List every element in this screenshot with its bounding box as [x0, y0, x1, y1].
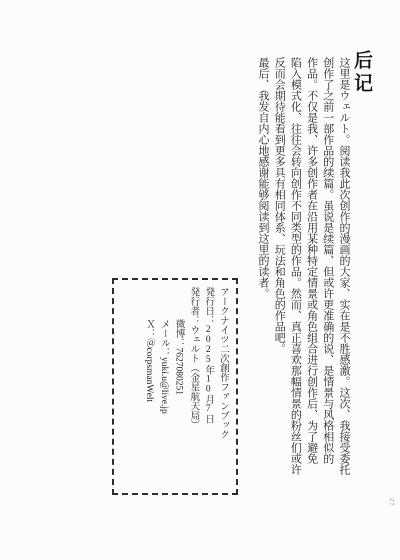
page-number: 27 — [388, 498, 395, 507]
afterword-column-4: 陷入模式化、往往会转向创作不同类型的作品。然而、真正喜欢那幅情景的粉丝们或许 — [287, 57, 303, 481]
colophon-publish-date: 発行日：2025年10月7日 — [200, 287, 215, 486]
afterword-column-1: 这里是ウェルト。阅读我此次创作的漫画的大家、实在是不胜感激。这次、我接受委托 — [336, 57, 352, 481]
afterword-page: 后记 这里是ウェルト。阅读我此次创作的漫画的大家、实在是不胜感激。这次、我接受委… — [0, 0, 400, 560]
afterword-column-3: 作品。不仅是我、许多创作者在沿用某种特定情景或角色组合进行创作后、为了避免 — [303, 57, 319, 481]
colophon-publisher: 発行者：ウェルト（金星航天局） — [186, 287, 201, 486]
afterword-text: 这里是ウェルト。阅读我此次创作的漫画的大家、实在是不胜感激。这次、我接受委托 创… — [255, 57, 352, 481]
afterword-column-6: 最后、我发自内心地感谢能够阅读到这里的读者。 — [255, 57, 271, 481]
page-title: 后记 — [348, 50, 375, 96]
afterword-column-5: 反而会期待能看到更多具有相同体系、玩法和角色的作品吧。 — [271, 57, 287, 481]
colophon-box: アークナイツ二次創作ファンブック 発行日：2025年10月7日 発行者：ウェルト… — [112, 278, 238, 495]
colophon-weibo-id: 微博：7627080251 — [171, 287, 186, 486]
colophon-x-handle: Ｘ：＠corpsmanWelt — [141, 287, 156, 486]
colophon-email: メール：yuki.u@live.jp — [156, 287, 171, 486]
colophon-fanbook-title: アークナイツ二次創作ファンブック — [215, 287, 230, 486]
afterword-column-2: 创作了之前一部作品的续篇。虽说是续篇、但或许更准确的说、是情景与风格相似的 — [320, 57, 336, 481]
